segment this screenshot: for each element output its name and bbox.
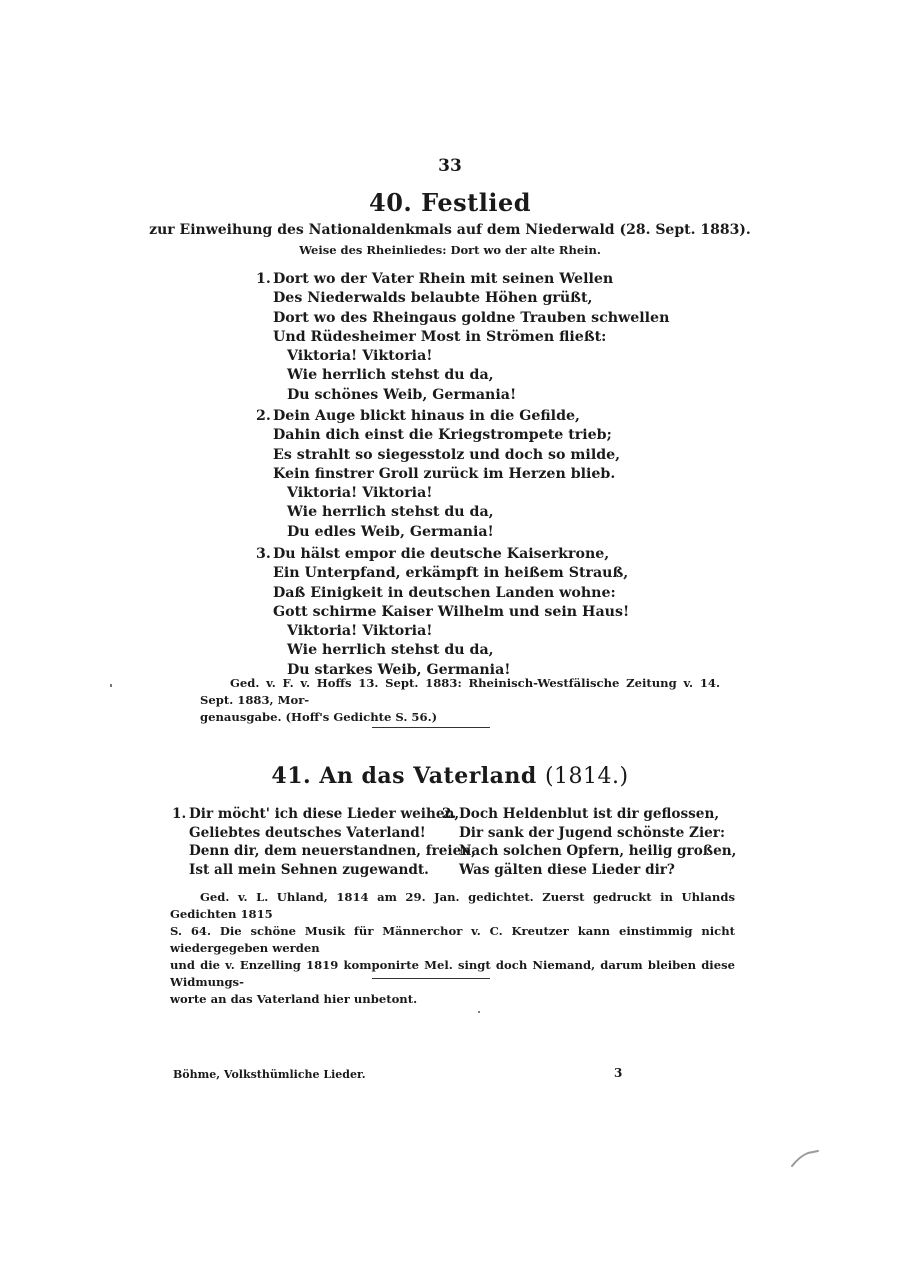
verse-line: Du hälst empor die deutsche Kaiserkrone, [273, 546, 609, 562]
note-line: worte an das Vaterland hier unbetont. [170, 991, 735, 1008]
verse-line: Dein Auge blickt hinaus in die Gefilde, [273, 408, 580, 424]
refrain-line: Wie herrlich stehst du da, [256, 641, 629, 660]
stanza-number: 1. [172, 805, 189, 824]
verse-line: Gott schirme Kaiser Wilhelm und sein Hau… [256, 603, 629, 622]
verse-line: Des Niederwalds belaubte Höhen grüßt, [256, 289, 669, 308]
verse-line: Was gälten diese Lieder dir? [442, 861, 736, 880]
stanza-number: 1. [256, 270, 273, 289]
song-41-stanza-2: 2.Doch Heldenblut ist dir geflossen, Dir… [442, 805, 736, 879]
song-41-source-note: Ged. v. L. Uhland, 1814 am 29. Jan. gedi… [170, 889, 735, 1008]
page-number: 33 [0, 156, 900, 176]
song-41-title: 41. An das Vaterland (1814.) [0, 763, 900, 789]
note-line: genausgabe. (Hoff's Gedichte S. 56.) [200, 709, 720, 726]
verse-line: Ist all mein Sehnen zugewandt. [172, 861, 476, 880]
note-line: S. 64. Die schöne Musik für Männerchor v… [170, 923, 735, 957]
signature-number: 3 [614, 1066, 622, 1080]
verse-line: Dahin dich einst die Kriegstrompete trie… [256, 426, 620, 445]
section-divider [372, 727, 490, 728]
verse-line: Es strahlt so siegesstolz und doch so mi… [256, 446, 620, 465]
song-41-year: (1814.) [545, 764, 629, 789]
stanza-number: 3. [256, 545, 273, 564]
verse-line: Und Rüdesheimer Most in Strömen fließt: [256, 328, 669, 347]
scan-dot [478, 1011, 480, 1013]
verse-line: Doch Heldenblut ist dir geflossen, [459, 806, 719, 822]
refrain-line: Viktoria! Viktoria! [256, 347, 669, 366]
refrain-line: Viktoria! Viktoria! [256, 622, 629, 641]
section-divider [372, 978, 490, 979]
song-41-stanza-1: 1.Dir möcht' ich diese Lieder weihen, Ge… [172, 805, 476, 879]
note-line: und die v. Enzelling 1819 komponirte Mel… [170, 957, 735, 991]
refrain-line: Wie herrlich stehst du da, [256, 503, 620, 522]
refrain-line: Viktoria! Viktoria! [256, 484, 620, 503]
book-signature-title: Böhme, Volksthümliche Lieder. [173, 1068, 366, 1081]
verse-line: Geliebtes deutsches Vaterland! [172, 824, 476, 843]
refrain-line: Wie herrlich stehst du da, [256, 366, 669, 385]
note-line: Ged. v. F. v. Hoffs 13. Sept. 1883: Rhei… [200, 675, 720, 709]
note-line: Ged. v. L. Uhland, 1814 am 29. Jan. gedi… [170, 889, 735, 923]
song-40-title: 40. Festlied [0, 188, 900, 217]
scan-speck [110, 684, 112, 687]
verse-line: Kein finstrer Groll zurück im Herzen bli… [256, 465, 620, 484]
verse-line: Daß Einigkeit in deutschen Landen wohne: [256, 584, 629, 603]
verse-line: Nach solchen Opfern, heilig großen, [442, 842, 736, 861]
pencil-stroke-icon [790, 1148, 820, 1168]
verse-line: Dort wo der Vater Rhein mit seinen Welle… [273, 271, 613, 287]
song-40-stanza-3: 3.Du hälst empor die deutsche Kaiserkron… [256, 545, 629, 680]
song-40-source-note: Ged. v. F. v. Hoffs 13. Sept. 1883: Rhei… [200, 675, 720, 726]
song-41-title-text: 41. An das Vaterland [271, 763, 536, 789]
verse-line: Dir sank der Jugend schönste Zier: [442, 824, 736, 843]
song-40-subtitle: zur Einweihung des Nationaldenkmals auf … [0, 222, 900, 238]
verse-line: Denn dir, dem neuerstandnen, freien, [172, 842, 476, 861]
song-40-stanza-1: 1.Dort wo der Vater Rhein mit seinen Wel… [256, 270, 669, 405]
stanza-number: 2. [256, 407, 273, 426]
verse-line: Dir möcht' ich diese Lieder weihen, [189, 806, 459, 822]
verse-line: Dort wo des Rheingaus goldne Trauben sch… [256, 309, 669, 328]
refrain-line: Du schönes Weib, Germania! [256, 386, 669, 405]
refrain-line: Du edles Weib, Germania! [256, 523, 620, 542]
song-40-melody: Weise des Rheinliedes: Dort wo der alte … [0, 243, 900, 257]
verse-line: Ein Unterpfand, erkämpft in heißem Strau… [256, 564, 629, 583]
song-40-stanza-2: 2.Dein Auge blickt hinaus in die Gefilde… [256, 407, 620, 542]
stanza-number: 2. [442, 805, 459, 824]
